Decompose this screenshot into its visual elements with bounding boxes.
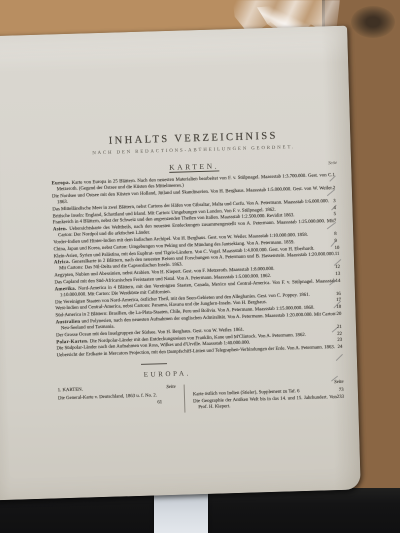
europa-left-column: 1. KARTEN. Seite Die General-Karte v. De… — [58, 385, 186, 417]
left-seite-label: Seite — [166, 385, 176, 391]
karten-list: 1Europa. Karte von Europa in 25 Blättern… — [52, 173, 343, 360]
entry-lead-word: Amerika. — [55, 286, 77, 292]
entry-lead-word: Asien. — [53, 227, 68, 232]
underlying-paper-strip — [154, 490, 208, 533]
europa-heading: EUROPA. — [57, 367, 277, 382]
karten-heading: KARTEN. — [51, 158, 337, 175]
entry-lead-word: Polar-Karten. — [56, 339, 89, 345]
atlas-contents-page: INHALTS VERZEICHNISS NACH DEN REDACTIONS… — [0, 26, 361, 501]
page-content: INHALTS VERZEICHNISS NACH DEN REDACTIONS… — [47, 26, 344, 417]
entry-lead-word: Europa. — [52, 181, 71, 187]
left-column-title: 1. KARTEN. — [58, 388, 83, 395]
europa-right-column: Seite 73Karte östlich von Indien (Stiele… — [185, 380, 345, 413]
section-divider-rule — [141, 363, 167, 365]
right-seite-label: Seite — [334, 380, 344, 386]
seite-column-label: Seite — [328, 160, 337, 165]
wood-knot — [351, 6, 395, 38]
europa-columns: 1. KARTEN. Seite Die General-Karte v. De… — [58, 380, 345, 416]
photo-of-document: INHALTS VERZEICHNISS NACH DEN REDACTIONS… — [0, 0, 400, 533]
entry-lead-word: Africa. — [54, 260, 71, 265]
entry-lead-word: Australien — [56, 320, 81, 326]
entry-page-number: 233 — [342, 395, 344, 401]
